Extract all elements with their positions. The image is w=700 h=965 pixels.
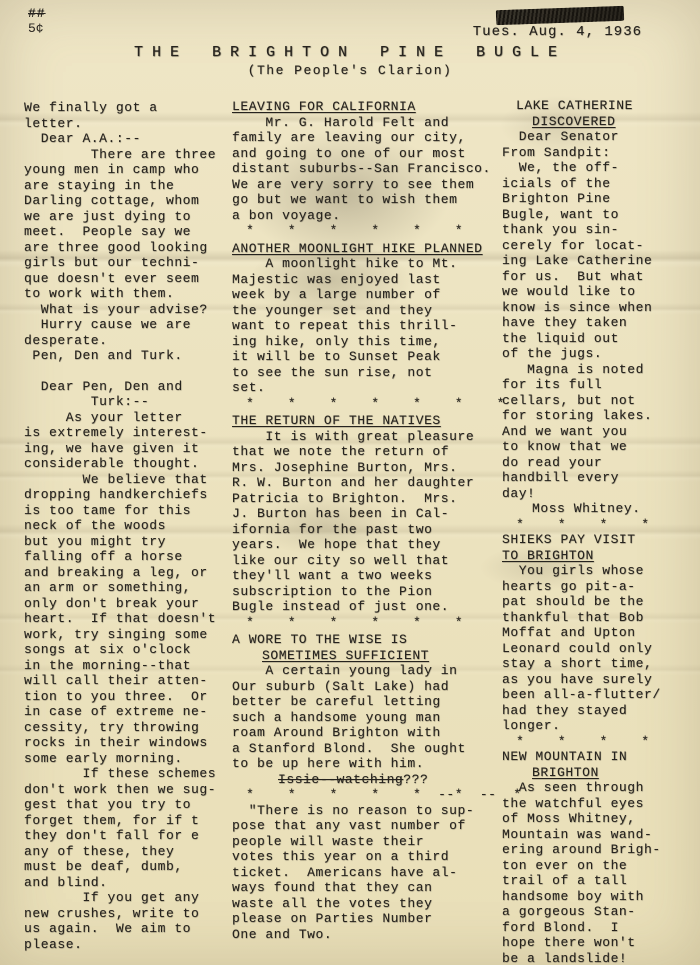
crossed-line-tail: ??? [403,772,428,787]
issue-date: Tues. Aug. 4, 1936 [473,24,642,40]
section-heading: A WORE TO THE WISE IS [232,632,496,648]
masthead: THE BRIGHTON PINE BUGLE (The People's Cl… [0,44,700,78]
column-middle: LEAVING FOR CALIFORNIA Mr. G. Harold Fel… [232,99,496,942]
struck-text: Issie--watching [278,772,403,787]
star-separator: * * * * * --* -- * [232,787,496,803]
article-paragraph: You girls whose hearts go pit-a- pat sho… [502,563,694,734]
section-subheading: DISCOVERED [502,114,694,130]
section-heading: LEAVING FOR CALIFORNIA [232,99,496,115]
section-heading: ANOTHER MOONLIGHT HIKE PLANNED [232,241,496,257]
article-paragraph: Dear Pen, Den and Turk:-- As your letter… [24,379,236,953]
article-paragraph: A certain young lady in Our suburb (Salt… [232,663,496,772]
section-subheading: SOMETIMES SUFFICIENT [232,648,496,664]
section-subheading: BRIGHTON [502,765,694,781]
price-stamp: ##5¢ [28,6,46,36]
article-paragraph: We finally got a letter. [24,100,236,131]
section-heading: SHIEKS PAY VISIT [502,532,694,548]
section-heading: LAKE CATHERINE [502,98,694,114]
signature: Moss Whitney. [502,501,694,517]
crossed-out-postage-icon [496,6,624,25]
article-paragraph: Dear A.A.:-- There are three young men i… [24,131,236,364]
section-heading: THE RETURN OF THE NATIVES [232,413,496,429]
article-paragraph: A moonlight hike to Mt. Majestic was enj… [232,256,496,396]
article-paragraph: As seen through the watchful eyes of Mos… [502,780,694,965]
article-paragraph: It is with great pleasure that we note t… [232,429,496,615]
crossed-out-line: Issie--watching??? [232,772,496,788]
masthead-subtitle: (The People's Clarion) [0,63,700,78]
price-label: 5¢ [28,21,44,36]
article-paragraph: "There is no reason to sup- pose that an… [232,803,496,943]
star-separator: * * * * * * * [232,396,496,412]
star-separator: * * * * [502,734,694,750]
star-separator: * * * * * * [232,223,496,239]
column-left: We finally got a letter. Dear A.A.:-- Th… [24,100,236,952]
column-right: LAKE CATHERINE DISCOVERED Dear Senator F… [502,98,694,965]
section-heading: NEW MOUNTAIN IN [502,749,694,765]
article-paragraph: Mr. G. Harold Felt and family are leavin… [232,115,496,224]
star-separator: * * * * * * [232,615,496,631]
article-paragraph: Dear Senator From Sandpit: We, the off- … [502,129,694,501]
newspaper-page: ##5¢ Tues. Aug. 4, 1936 THE BRIGHTON PIN… [0,0,700,965]
star-separator: * * * * [502,517,694,533]
masthead-title: THE BRIGHTON PINE BUGLE [0,44,700,61]
section-subheading: TO BRIGHTON [502,548,694,564]
stamp-marks: ## [28,6,46,21]
